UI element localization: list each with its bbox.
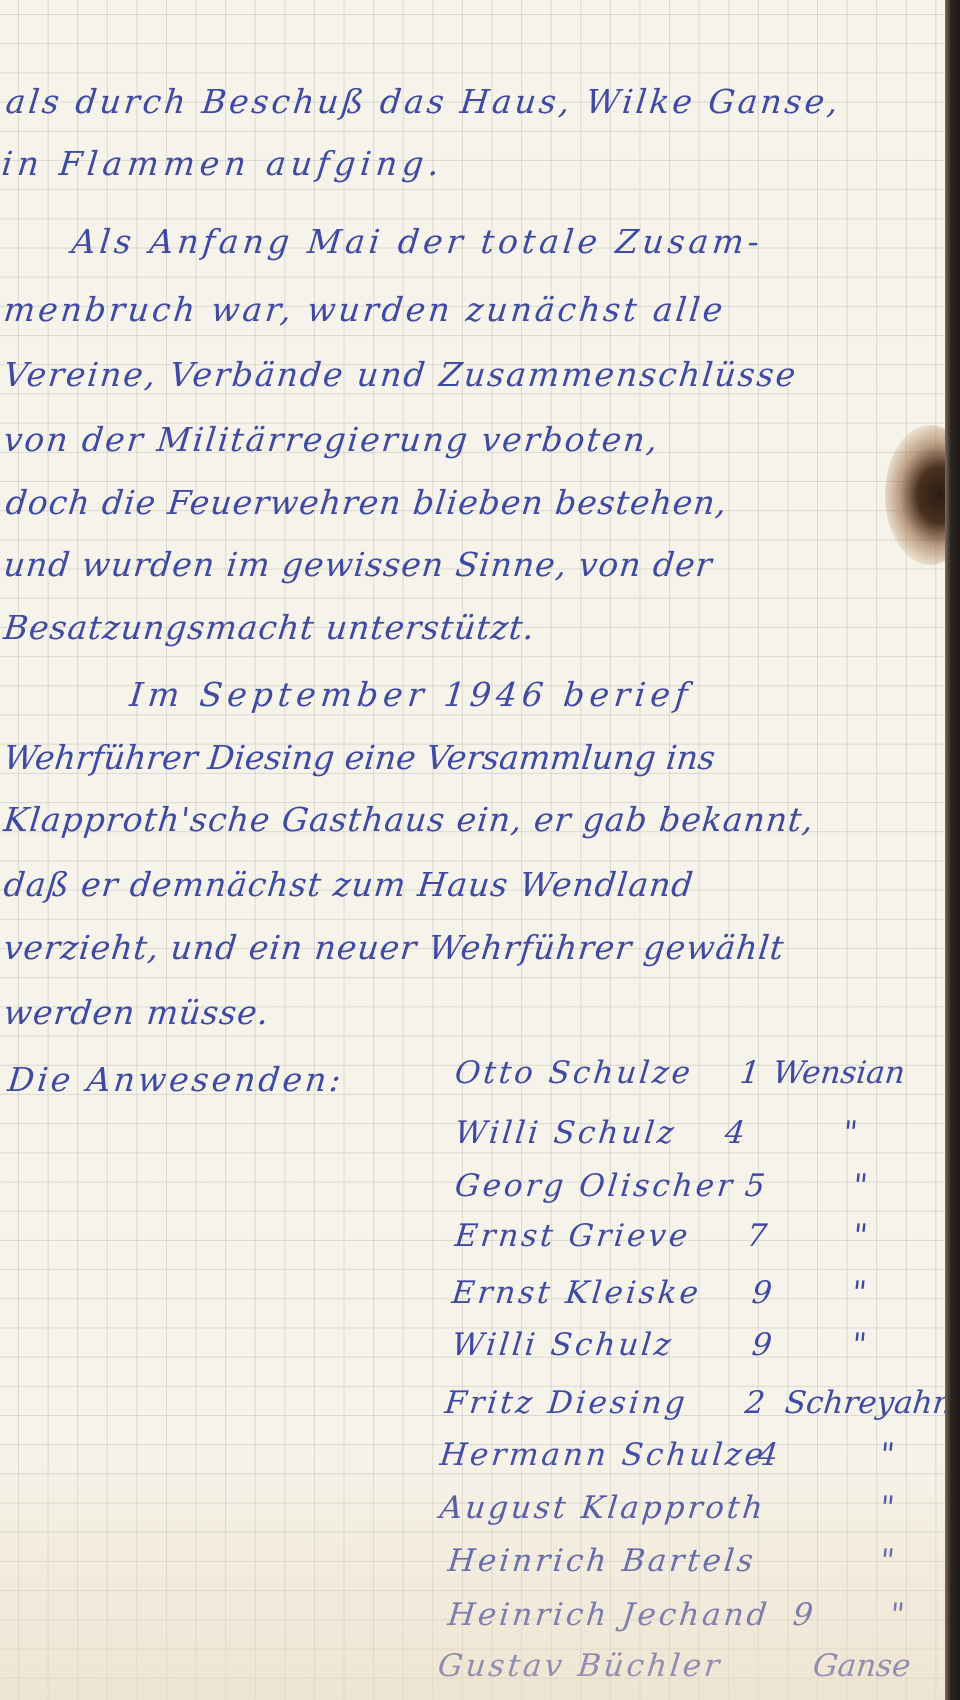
text-line: menbruch war, wurden zunächst alle	[2, 290, 728, 329]
village: "	[888, 1597, 906, 1633]
village: "	[878, 1543, 896, 1579]
house-number: 9	[750, 1327, 774, 1363]
attendee-name: Gustav Büchler	[436, 1648, 724, 1684]
village: "	[878, 1437, 896, 1473]
notebook-binding-edge	[945, 0, 960, 1700]
text-line: in Flammen aufging.	[0, 144, 446, 183]
attendee-name: Willi Schulz	[450, 1327, 675, 1363]
attendee-name: Ernst Kleiske	[450, 1275, 703, 1311]
attendee-name: Otto Schulze	[453, 1055, 695, 1091]
village: Ganse	[811, 1648, 912, 1684]
village: "	[841, 1115, 859, 1151]
village: "	[851, 1168, 869, 1204]
attendee-name: Hermann Schulze	[438, 1437, 768, 1473]
text-line: als durch Beschuß das Haus, Wilke Ganse,	[4, 82, 843, 121]
attendee-name: Ernst Grieve	[453, 1218, 692, 1254]
text-line: und wurden im gewissen Sinne, von der	[2, 545, 715, 584]
text-line: Im September 1946 berief	[128, 675, 694, 714]
text-line: Vereine, Verbände und Zusammenschlüsse	[2, 355, 800, 394]
attendee-name: August Klapproth	[438, 1490, 767, 1526]
text-line: doch die Feuerwehren blieben bestehen,	[4, 483, 729, 522]
house-number: 1	[738, 1055, 762, 1091]
attendee-name: Heinrich Jechand	[446, 1597, 771, 1633]
village: "	[850, 1275, 868, 1311]
attendee-name: Willi Schulz	[453, 1115, 678, 1151]
house-number: 4	[723, 1115, 747, 1151]
text-line: daß er demnächst zum Haus Wendland	[2, 865, 696, 904]
village: Schreyahn	[783, 1385, 954, 1421]
house-number: 9	[791, 1597, 815, 1633]
text-line: Besatzungsmacht unterstützt.	[2, 608, 537, 647]
village: "	[850, 1327, 868, 1363]
text-line: verzieht, und ein neuer Wehrführer gewäh…	[2, 928, 787, 967]
village: "	[851, 1218, 869, 1254]
attendee-name: Fritz Diesing	[443, 1385, 689, 1421]
house-number: 5	[743, 1168, 767, 1204]
attendee-name: Georg Olischer	[453, 1168, 737, 1204]
text-line: von der Militärregierung verboten,	[2, 420, 661, 459]
house-number: 2	[743, 1385, 767, 1421]
attendee-name: Heinrich Bartels	[446, 1543, 758, 1579]
text-line: Wehrführer Diesing eine Versammlung ins	[2, 738, 717, 777]
village: "	[878, 1490, 896, 1526]
house-number: 7	[745, 1218, 769, 1254]
house-number: 4	[756, 1437, 780, 1473]
house-number: 9	[750, 1275, 774, 1311]
attendees-heading: Die Anwesenden:	[6, 1060, 346, 1099]
notebook-page: als durch Beschuß das Haus, Wilke Ganse,…	[0, 0, 945, 1700]
text-line: Als Anfang Mai der totale Zusam-	[70, 222, 765, 261]
village: Wensian	[771, 1055, 907, 1091]
text-line: Klapproth'sche Gasthaus ein, er gab beka…	[2, 800, 816, 839]
text-line: werden müsse.	[2, 993, 271, 1032]
